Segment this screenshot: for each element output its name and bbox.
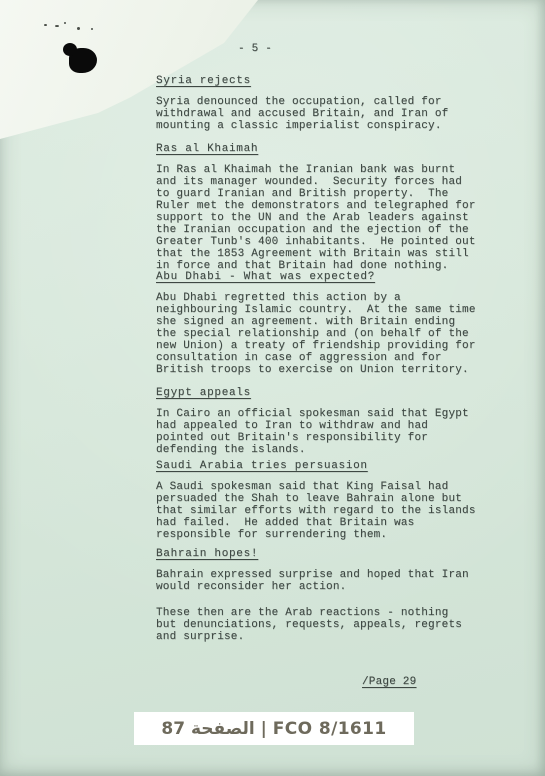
ink-speck <box>55 25 59 27</box>
section-heading: Saudi Arabia tries persuasion <box>156 460 368 472</box>
continuation-marker: /Page 29 <box>362 676 416 688</box>
section-saudi-arabia: Saudi Arabia tries persuasion A Saudi sp… <box>156 460 516 541</box>
ink-speck <box>91 28 93 30</box>
section-heading: Syria rejects <box>156 75 251 87</box>
section-ras-al-khaimah: Ras al Khaimah In Ras al Khaimah the Ira… <box>156 143 516 272</box>
section-body: Syria denounced the occupation, called f… <box>156 96 516 132</box>
section-heading: Egypt appeals <box>156 387 251 399</box>
section-bahrain: Bahrain hopes! Bahrain expressed surpris… <box>156 548 516 593</box>
section-abu-dhabi: Abu Dhabi - What was expected? Abu Dhabi… <box>156 271 516 376</box>
page-number-marker: - 5 - <box>238 43 272 55</box>
section-body: Abu Dhabi regretted this action by a nei… <box>156 292 516 376</box>
section-heading: Bahrain hopes! <box>156 548 258 560</box>
section-body: In Ras al Khaimah the Iranian bank was b… <box>156 164 516 272</box>
scanned-document-page: - 5 - Syria rejects Syria denounced the … <box>0 0 545 776</box>
section-body: A Saudi spokesman said that King Faisal … <box>156 481 516 541</box>
archive-reference-bar: الصفحة 87 | FCO 8/1611 <box>134 712 414 745</box>
section-egypt: Egypt appeals In Cairo an official spoke… <box>156 387 516 456</box>
section-heading: Ras al Khaimah <box>156 143 258 155</box>
section-syria: Syria rejects Syria denounced the occupa… <box>156 75 516 132</box>
closing-paragraph: These then are the Arab reactions - noth… <box>156 607 462 643</box>
ink-speck <box>44 24 47 26</box>
section-body: In Cairo an official spokesman said that… <box>156 408 516 456</box>
section-body: Bahrain expressed surprise and hoped tha… <box>156 569 516 593</box>
ink-blot <box>63 43 77 56</box>
archive-reference-label: الصفحة 87 | FCO 8/1611 <box>161 719 386 739</box>
ink-speck <box>77 27 80 30</box>
ink-speck <box>64 22 66 24</box>
section-heading: Abu Dhabi - What was expected? <box>156 271 375 283</box>
